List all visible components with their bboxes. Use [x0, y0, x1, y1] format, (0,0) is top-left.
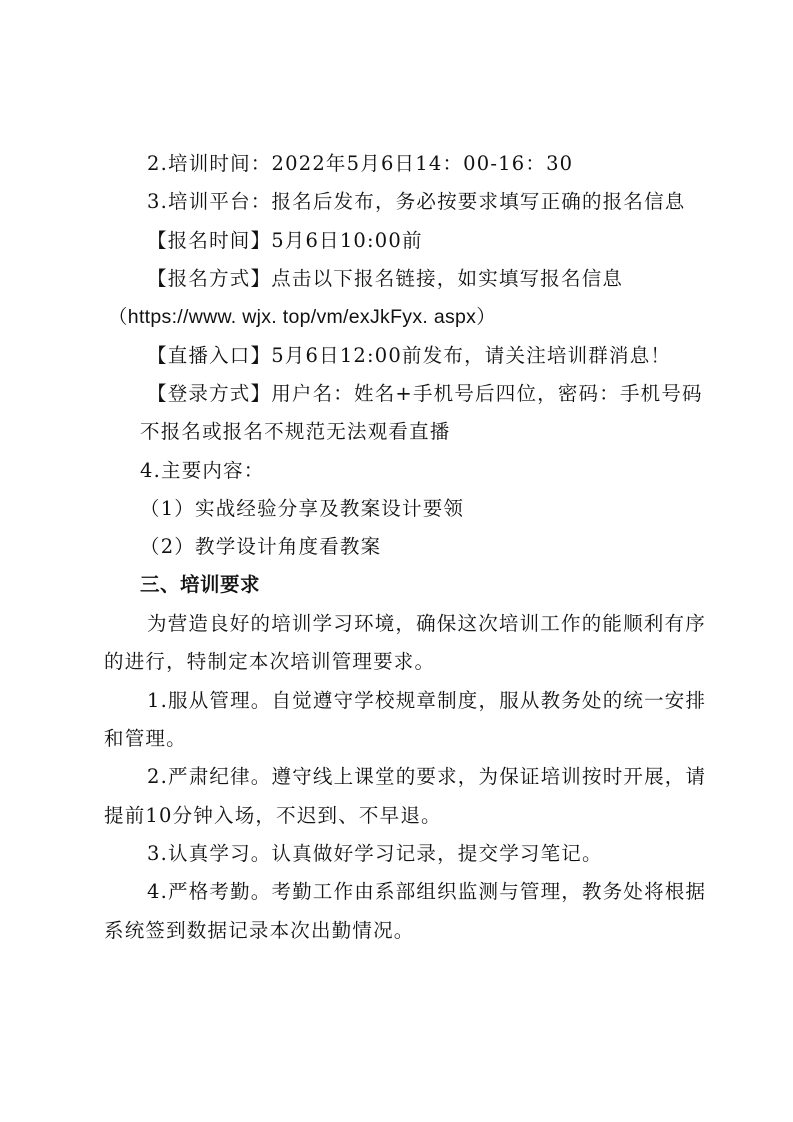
intro-paragraph-line-1: 为营造良好的培训学习环境，确保这次培训工作的能顺利有序 — [147, 611, 706, 637]
main-content-title: 4.主要内容： — [140, 458, 265, 484]
intro-paragraph-line-2: 的进行，特制定本次培训管理要求。 — [104, 649, 435, 675]
section-heading: 三、培训要求 — [140, 572, 260, 598]
requirement-2-line-2: 提前10分钟入场，不迟到、不早退。 — [104, 803, 442, 829]
content-item-1: （1）实战经验分享及教案设计要领 — [140, 496, 464, 522]
login-method-line: 【登录方式】用户名：姓名+手机号后四位，密码：手机号码 — [147, 381, 703, 407]
live-entry-line: 【直播入口】5月6日12:00前发布，请关注培训群消息！ — [147, 343, 671, 369]
training-time-line: 2.培训时间：2022年5月6日14：00-16：30 — [147, 151, 573, 177]
login-warning-line: 不报名或报名不规范无法观看直播 — [140, 419, 451, 445]
document-page: 2.培训时间：2022年5月6日14：00-16：30 3.培训平台：报名后发布… — [0, 0, 793, 1122]
training-platform-line: 3.培训平台：报名后发布，务必按要求填写正确的报名信息 — [147, 189, 686, 215]
requirement-1-line-1: 1.服从管理。自觉遵守学校规章制度，服从教务处的统一安排 — [147, 688, 706, 714]
requirement-1-line-2: 和管理。 — [104, 726, 187, 752]
registration-method-line: 【报名方式】点击以下报名链接，如实填写报名信息 — [147, 266, 623, 292]
requirement-4-line-2: 系统签到数据记录本次出勤情况。 — [104, 918, 415, 944]
content-item-2: （2）教学设计角度看教案 — [140, 534, 381, 560]
requirement-2-line-1: 2.严肃纪律。遵守线上课堂的要求，为保证培训按时开展，请 — [147, 764, 706, 790]
requirement-4-line-1: 4.严格考勤。考勤工作由系部组织监测与管理，教务处将根据 — [147, 879, 706, 905]
requirement-3-line: 3.认真学习。认真做好学习记录，提交学习笔记。 — [147, 841, 603, 867]
registration-link[interactable]: （https://www. wjx. top/vm/exJkFyx. aspx） — [108, 304, 496, 330]
registration-time-line: 【报名时间】5月6日10:00前 — [147, 228, 423, 254]
